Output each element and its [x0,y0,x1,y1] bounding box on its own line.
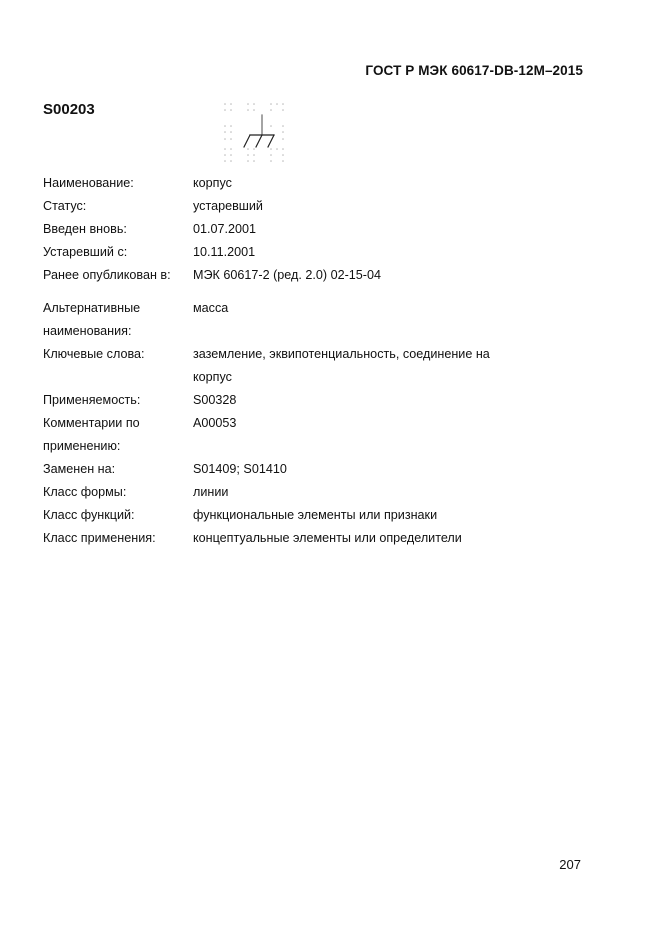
property-value: заземление, эквипотенциальность, соедине… [193,343,523,389]
property-row-application-class: Класс применения: концептуальные элемент… [43,527,583,550]
property-row-alternative-names: Альтернативные наименования: масса [43,297,583,343]
property-value: МЭК 60617-2 (ред. 2.0) 02-15-04 [193,264,583,287]
property-row-shape-class: Класс формы: линии [43,481,583,504]
standard-header: ГОСТ Р МЭК 60617-DB-12M–2015 [365,63,583,78]
property-row-introduced: Введен вновь: 01.07.2001 [43,218,583,241]
property-value: корпус [193,172,583,195]
section-gap [43,287,583,297]
property-label: Наименование: [43,172,193,195]
property-label: Заменен на: [43,458,193,481]
property-value: масса [193,297,583,343]
property-label: Устаревший с: [43,241,193,264]
property-label: Класс функций: [43,504,193,527]
property-label: Ранее опубликован в: [43,264,193,287]
property-value: 10.11.2001 [193,241,583,264]
property-label: Альтернативные наименования: [43,297,173,343]
property-label: Ключевые слова: [43,343,193,389]
property-row-function-class: Класс функций: функциональные элементы и… [43,504,583,527]
property-row-previously-published: Ранее опубликован в: МЭК 60617-2 (ред. 2… [43,264,583,287]
chassis-ground-icon [222,101,290,165]
property-row-replaced-by: Заменен на: S01409; S01410 [43,458,583,481]
property-row-name: Наименование: корпус [43,172,583,195]
property-label: Применяемость: [43,389,193,412]
property-value: концептуальные элементы или определители [193,527,583,550]
property-value: S00328 [193,389,583,412]
property-value: A00053 [193,412,583,458]
property-value: линии [193,481,583,504]
property-value: S01409; S01410 [193,458,583,481]
symbol-id: S00203 [43,101,95,118]
property-value: функциональные элементы или признаки [193,504,583,527]
property-label: Статус: [43,195,193,218]
property-label: Класс формы: [43,481,193,504]
property-row-obsolete-since: Устаревший с: 10.11.2001 [43,241,583,264]
property-label: Комментарии по применению: [43,412,163,458]
property-row-applicability: Применяемость: S00328 [43,389,583,412]
page-number: 207 [559,857,581,872]
property-label: Введен вновь: [43,218,193,241]
property-label: Класс применения: [43,527,193,550]
property-row-status: Статус: устаревший [43,195,583,218]
property-value: 01.07.2001 [193,218,583,241]
property-row-application-notes: Комментарии по применению: A00053 [43,412,583,458]
property-row-keywords: Ключевые слова: заземление, эквипотенциа… [43,343,583,389]
property-value: устаревший [193,195,583,218]
symbol-properties: Наименование: корпус Статус: устаревший … [43,172,583,550]
